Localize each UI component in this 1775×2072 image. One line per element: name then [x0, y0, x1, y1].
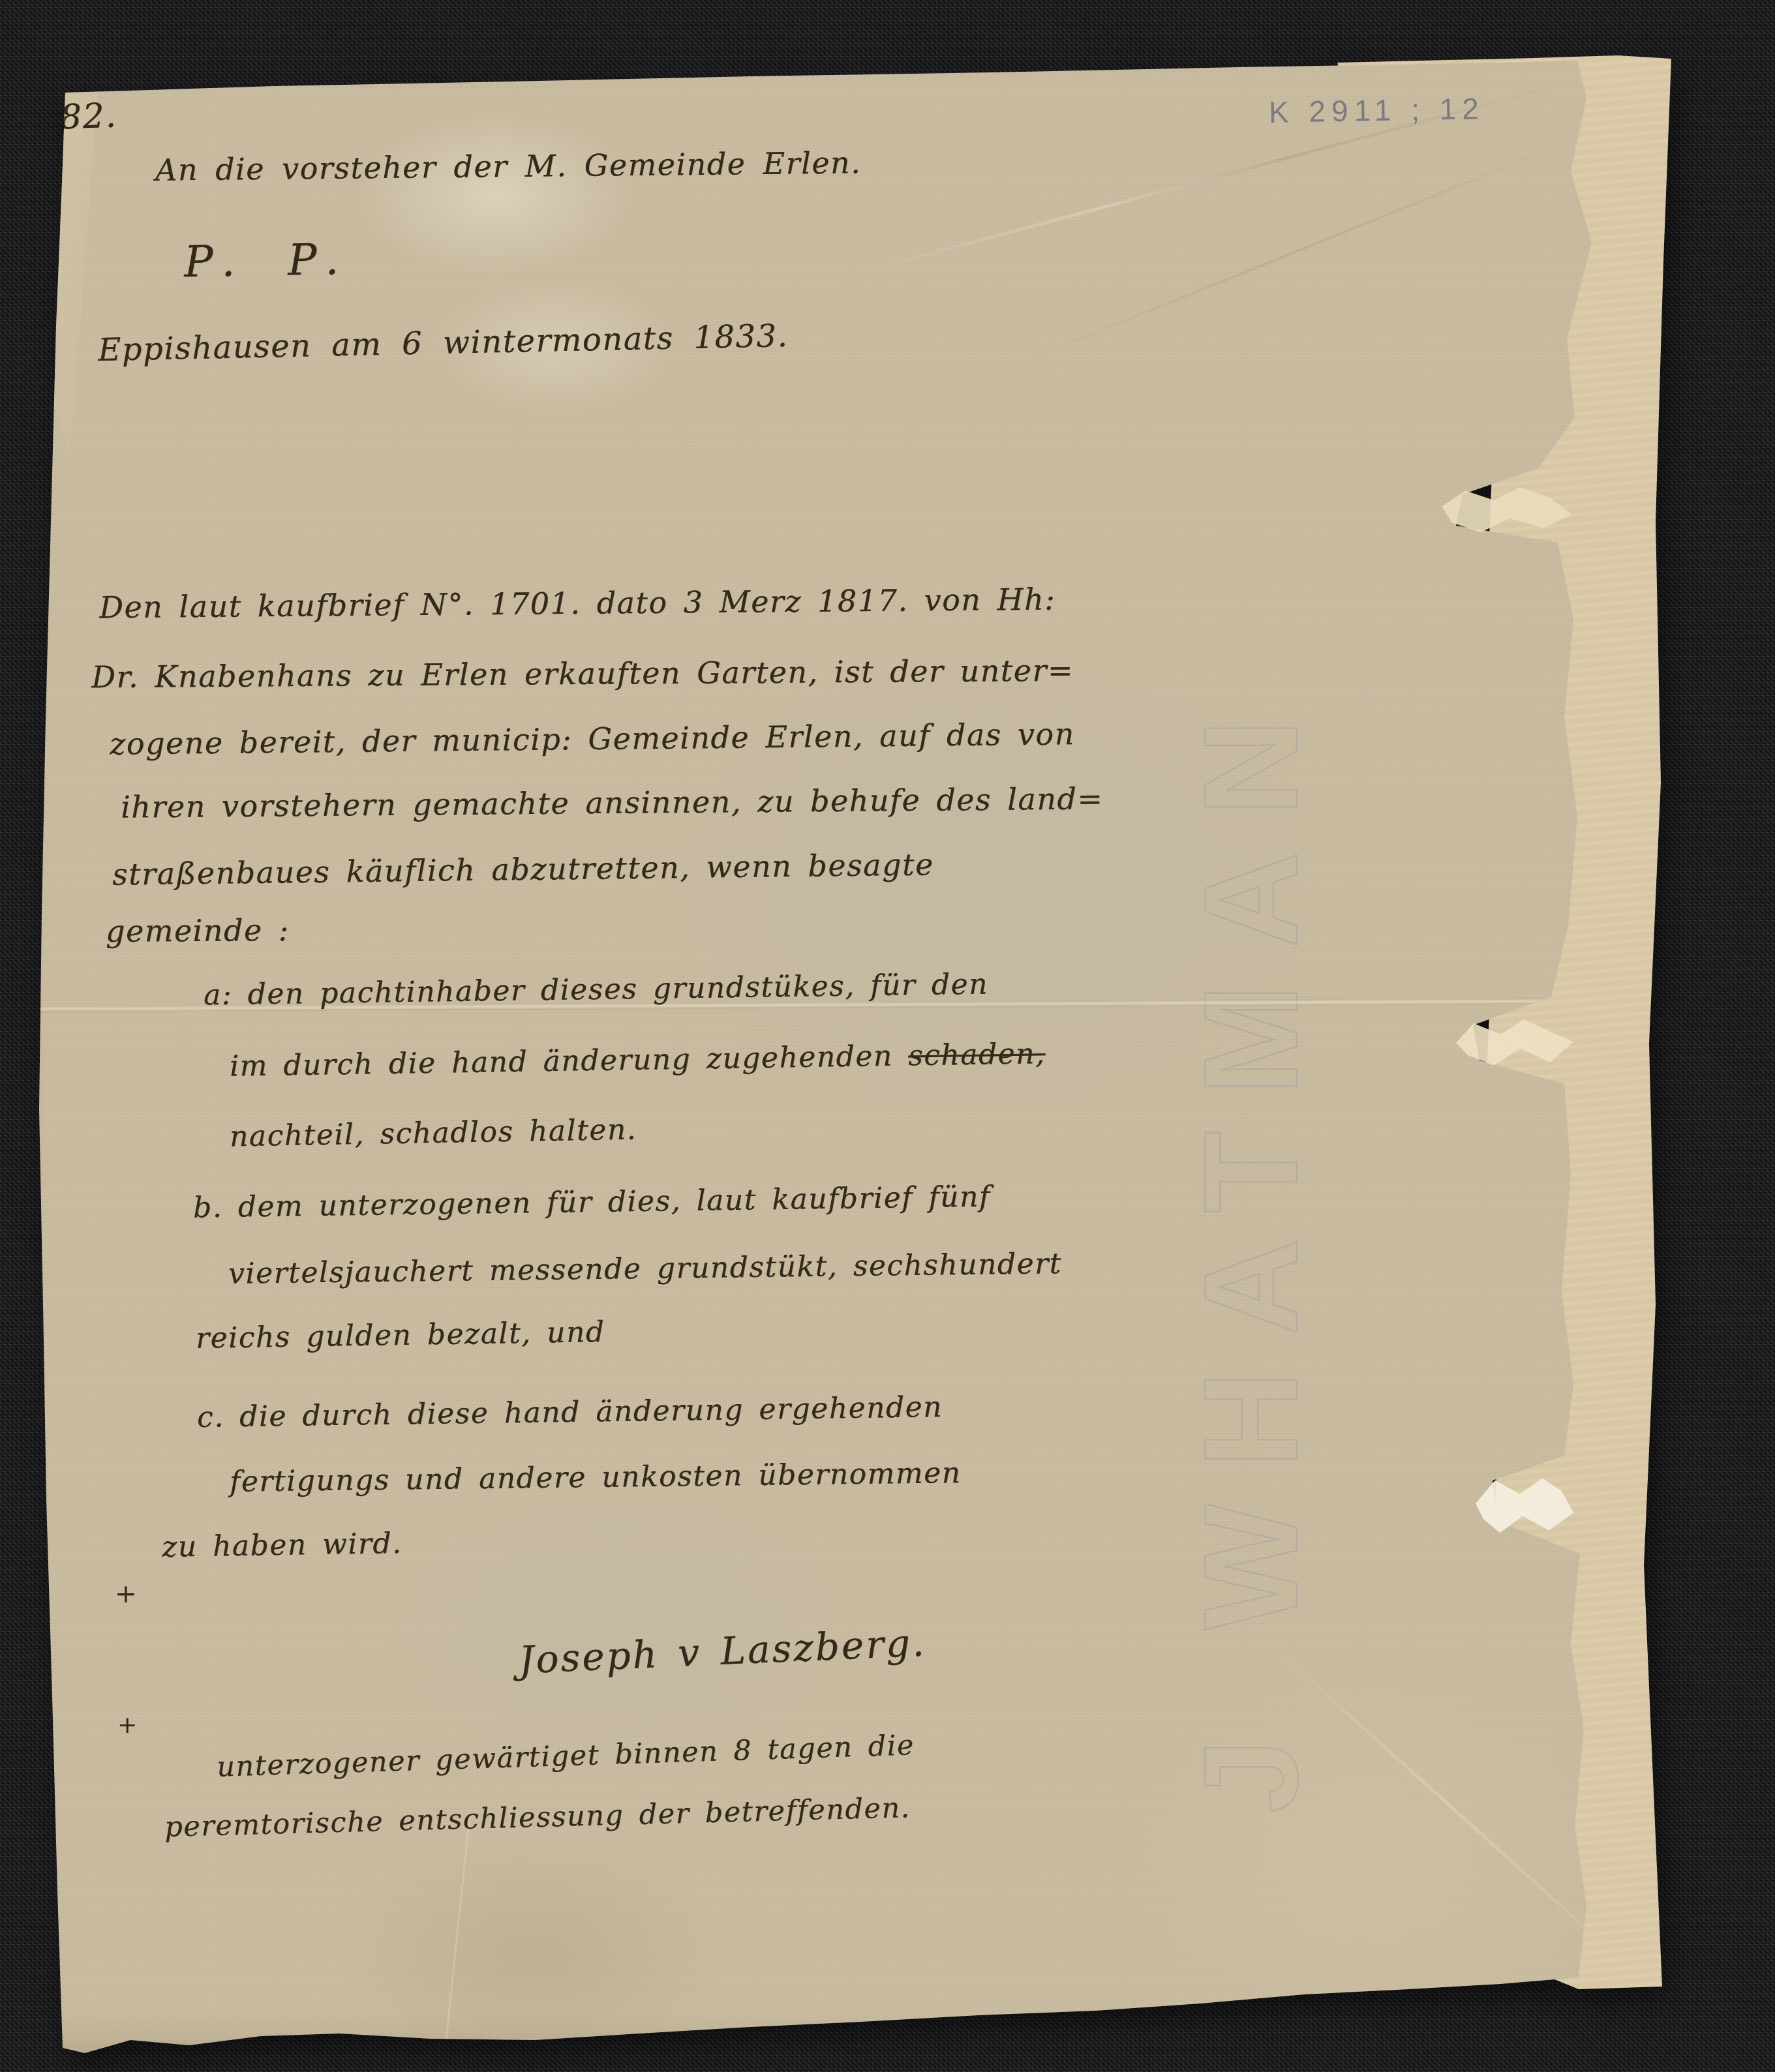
- item-b-line: reichs gulden bezalt, und: [196, 1315, 605, 1357]
- pencil-shelfmark: K 2911 ; 12: [1269, 91, 1485, 130]
- item-a-struck-word: schaden,: [908, 1037, 1046, 1072]
- item-a-line: im durch die hand änderung zugehenden sc…: [230, 1037, 1046, 1084]
- body-line: Dr. Knabenhans zu Erlen erkauften Garten…: [91, 653, 1074, 696]
- item-c-line: c. die durch diese hand änderung ergehen…: [197, 1390, 943, 1435]
- archival-scan: J WHATMAN 82. An die vorsteher der M. Ge…: [0, 0, 1775, 2072]
- postscript-mark: +: [117, 1711, 138, 1739]
- item-b-line: b. dem unterzogenen für dies, laut kaufb…: [193, 1180, 991, 1225]
- letter-salutation: P. P.: [183, 233, 356, 288]
- archive-number: 82.: [59, 95, 117, 138]
- left-corner-fold-sliver: [52, 91, 98, 457]
- letter-heading: An die vorsteher der M. Gemeinde Erlen.: [155, 145, 862, 188]
- item-c-line: zu haben wird.: [162, 1527, 402, 1565]
- body-line: Den laut kaufbrief N°. 1701. dato 3 Merz…: [99, 582, 1056, 626]
- diagonal-crease-top-right-2: [1011, 133, 1586, 368]
- item-c-line: fertigungs und andere unkosten übernomme…: [230, 1456, 962, 1499]
- item-a-line2-text: im durch die hand änderung zugehenden: [230, 1039, 909, 1083]
- item-b-line: viertelsjauchert messende grundstükt, se…: [228, 1247, 1062, 1291]
- item-a-line: nachteil, schadlos halten.: [230, 1113, 637, 1155]
- vertical-crease-bottom: [444, 1814, 471, 2047]
- watermark-j-whatman: J WHATMAN: [1174, 274, 1370, 1813]
- letter-dateline: Eppishausen am 6 wintermonats 1833.: [98, 318, 789, 370]
- signature: Joseph v Laszberg.: [518, 1620, 927, 1683]
- body-line: zogene bereit, der municip: Gemeinde Erl…: [110, 716, 1075, 762]
- postscript-line: unterzogener gewärtiget binnen 8 tagen d…: [216, 1729, 915, 1784]
- footnote-mark: +: [115, 1578, 138, 1610]
- body-line: straßenbaues käuflich abzutretten, wenn …: [112, 847, 934, 893]
- body-line: ihren vorstehern gemachte ansinnen, zu b…: [121, 781, 1104, 825]
- postscript-line: peremtorische entschliessung der betreff…: [164, 1792, 911, 1845]
- paper-stack: J WHATMAN 82. An die vorsteher der M. Ge…: [0, 0, 1775, 2072]
- body-line: gemeinde :: [106, 912, 290, 950]
